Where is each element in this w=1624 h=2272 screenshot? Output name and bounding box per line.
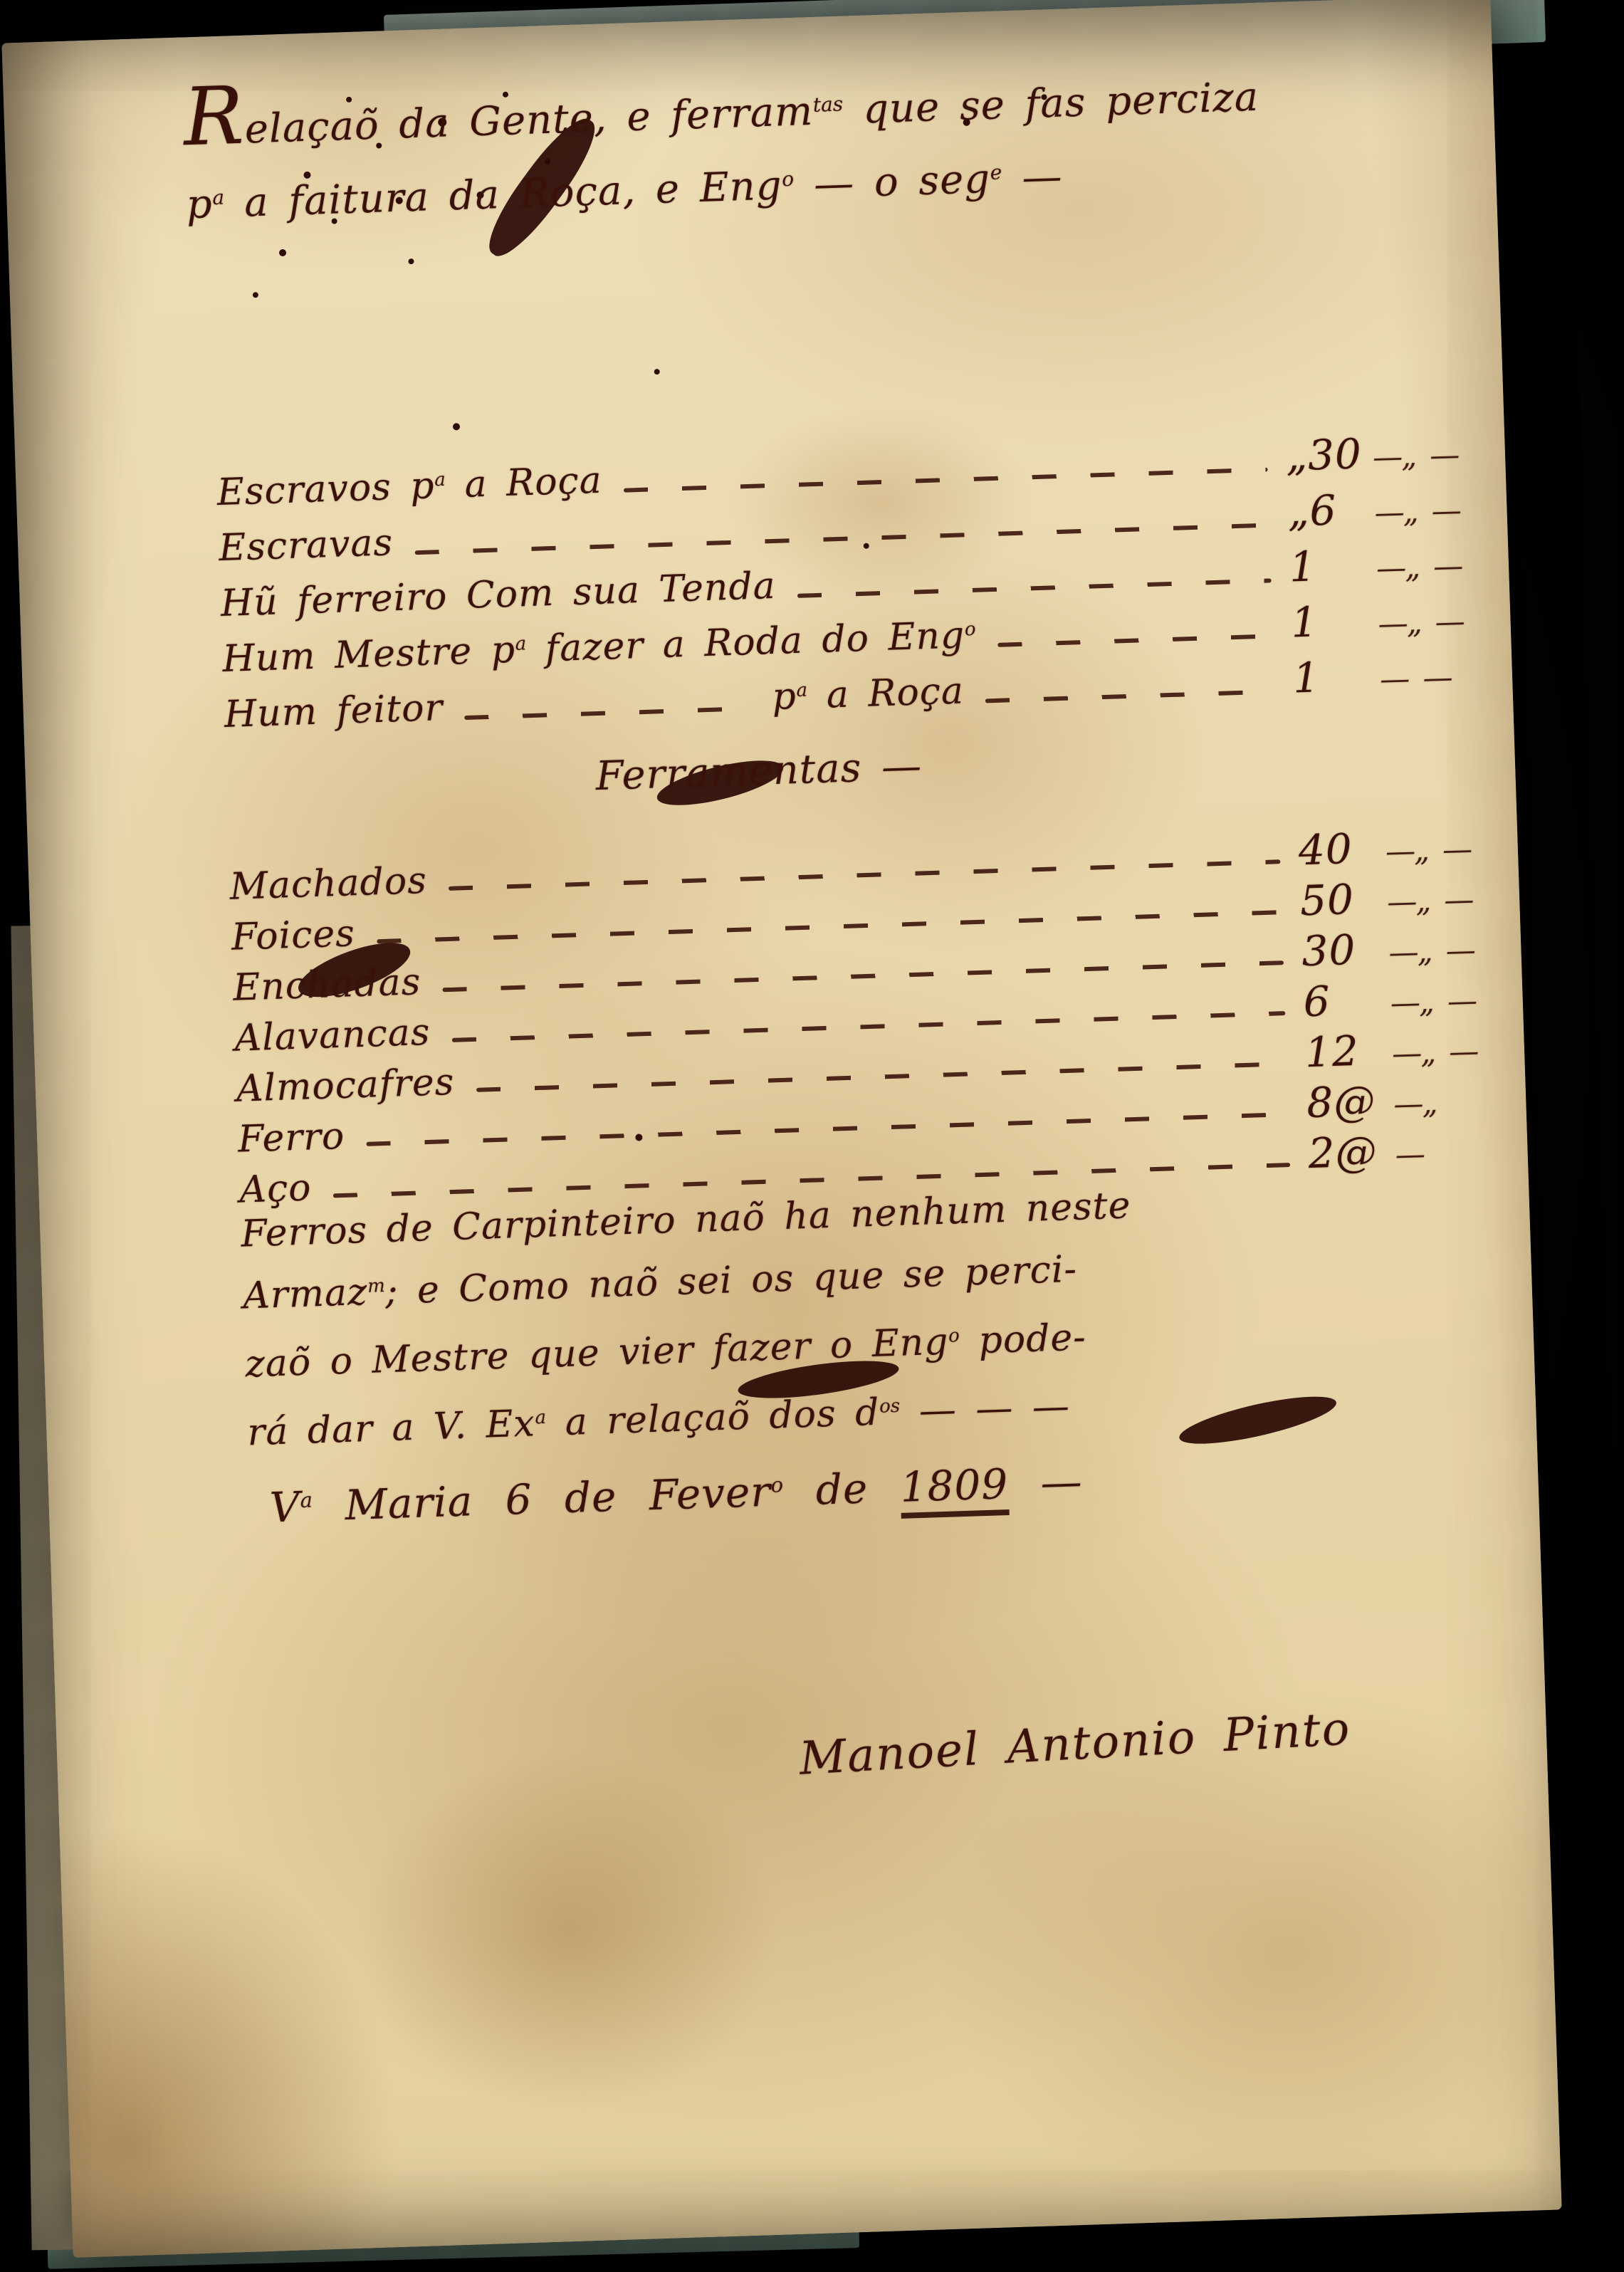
item-value: 12 — [1304, 1026, 1385, 1077]
tools-list: Machados 40 —„ — Foices 50 —„ — Enchadas… — [229, 820, 1502, 1215]
item-label: Hum feitor — [224, 686, 444, 736]
label-text: p — [772, 675, 797, 718]
title-superscript: a — [212, 185, 225, 209]
title-text: que se fas perciza — [842, 74, 1259, 134]
paragraph-superscript: m — [367, 1275, 386, 1297]
item-value: „6 — [1287, 485, 1368, 536]
paragraph-superscript: o — [948, 1325, 960, 1346]
item-value-trail: —„ — — [1365, 436, 1478, 475]
item-label: Ferro — [237, 1115, 345, 1161]
item-value-trail: —„ — — [1383, 983, 1496, 1021]
label-superscript: o — [964, 619, 976, 640]
paragraph-text: ; e Como naõ sei os que se perci- — [384, 1248, 1078, 1313]
title-text: — — [1002, 154, 1064, 202]
year-value: 1809 — [899, 1460, 1009, 1519]
dateline-text: Maria 6 de Fever — [312, 1467, 772, 1531]
item-label: Alavancas — [234, 1011, 431, 1060]
label-text: Escravos p — [216, 464, 436, 514]
manuscript-content: Relaçaõ da Gente, e ferramtas que se fas… — [1, 0, 1561, 2258]
item-label: Almocafres — [236, 1061, 455, 1111]
item-label: Escravos pa a Roça — [216, 459, 603, 514]
paragraph-text: zaõ o Mestre que vier fazer o Eng — [244, 1321, 949, 1386]
paragraph-superscript: os — [879, 1396, 901, 1418]
paragraph-text: — — — — [899, 1385, 1070, 1433]
manuscript-photo: Relaçaõ da Gente, e ferramtas que se fas… — [0, 0, 1624, 2272]
people-list: Escravos pa a Roça „30 —„ — Escravas „6 … — [216, 426, 1487, 744]
label-text: a Roça — [445, 459, 602, 507]
item-value: 40 — [1298, 824, 1379, 875]
item-value: 30 — [1301, 925, 1382, 976]
title-text: Relaçaõ da Gente, e ferram — [183, 88, 814, 155]
title-text: a faitura da Roça, e Eng — [224, 162, 782, 226]
item-value-trail: —„ — — [1371, 603, 1484, 642]
title-text: — o seg — [793, 156, 991, 209]
item-value-trail: —„ — — [1367, 492, 1480, 530]
item-value-trail: —„ — — [1368, 548, 1482, 586]
label-superscript: a — [796, 680, 807, 701]
paragraph-text: a relaçaõ dos d — [545, 1391, 880, 1445]
item-value-trail: —„ — — [1379, 881, 1492, 920]
title-superscript: e — [990, 160, 1002, 184]
item-value: 1 — [1292, 651, 1373, 703]
title-superscript: tas — [812, 92, 843, 116]
leader-dashes — [624, 467, 1268, 492]
label-text: Hum Mestre p — [221, 629, 515, 681]
item-label: Enchadas — [232, 960, 421, 1009]
label-text: Escravas — [218, 521, 394, 570]
item-value-trail: —„ — — [1381, 932, 1494, 970]
paragraph-text: pode- — [959, 1316, 1087, 1363]
dateline-superscript: o — [770, 1472, 784, 1497]
dateline-text: — — [1007, 1457, 1084, 1508]
item-mid-label: pa a Roça — [772, 669, 965, 718]
leader-dashes — [465, 706, 755, 720]
item-label: Escravas — [218, 521, 394, 570]
closing-paragraph: Ferros de Carpinteiro naõ ha nenhum nest… — [240, 1163, 1489, 1546]
section-header-ferramentas: Ferramentas — — [451, 723, 1066, 821]
dateline-text: de — [782, 1463, 901, 1515]
item-value-trail: —„ — — [1378, 831, 1491, 869]
item-value: 50 — [1299, 874, 1381, 926]
document-title: Relaçaõ da Gente, e ferramtas que se fas… — [183, 60, 1383, 245]
label-superscript: a — [515, 633, 526, 654]
item-value-trail: —„ — [1386, 1083, 1499, 1121]
leader-dashes — [997, 634, 1273, 646]
item-label: Foices — [231, 912, 356, 959]
leader-dashes — [797, 578, 1272, 597]
item-value-trail: —„ — — [1384, 1033, 1497, 1072]
ink-specks — [1, 43, 6, 47]
label-superscript: a — [434, 469, 446, 491]
paragraph-text: Armaz — [242, 1271, 368, 1318]
manuscript-page: Relaçaõ da Gente, e ferramtas que se fas… — [1, 0, 1561, 2258]
item-value: 8@ — [1306, 1077, 1387, 1128]
paragraph-superscript: a — [535, 1407, 546, 1428]
item-value: „30 — [1285, 429, 1366, 481]
label-text: a Roça — [807, 669, 964, 717]
item-value: 6 — [1303, 975, 1384, 1027]
item-value-trail: — — — [1372, 659, 1485, 697]
signature-manoel-antonio-pinto: Manoel Antonio Pinto — [798, 1697, 1441, 1785]
label-text: fazer a Roda do Eng — [525, 614, 965, 671]
paragraph-text: rá dar a V. Ex — [247, 1402, 536, 1454]
item-value: 1 — [1289, 540, 1370, 592]
dateline-superscript: a — [300, 1488, 313, 1513]
title-superscript: o — [782, 167, 795, 192]
leader-dashes — [985, 689, 1275, 703]
item-label: Machados — [229, 859, 428, 909]
item-value: 1 — [1290, 596, 1371, 647]
title-text: p — [186, 181, 214, 228]
dateline-text: V — [269, 1482, 301, 1532]
